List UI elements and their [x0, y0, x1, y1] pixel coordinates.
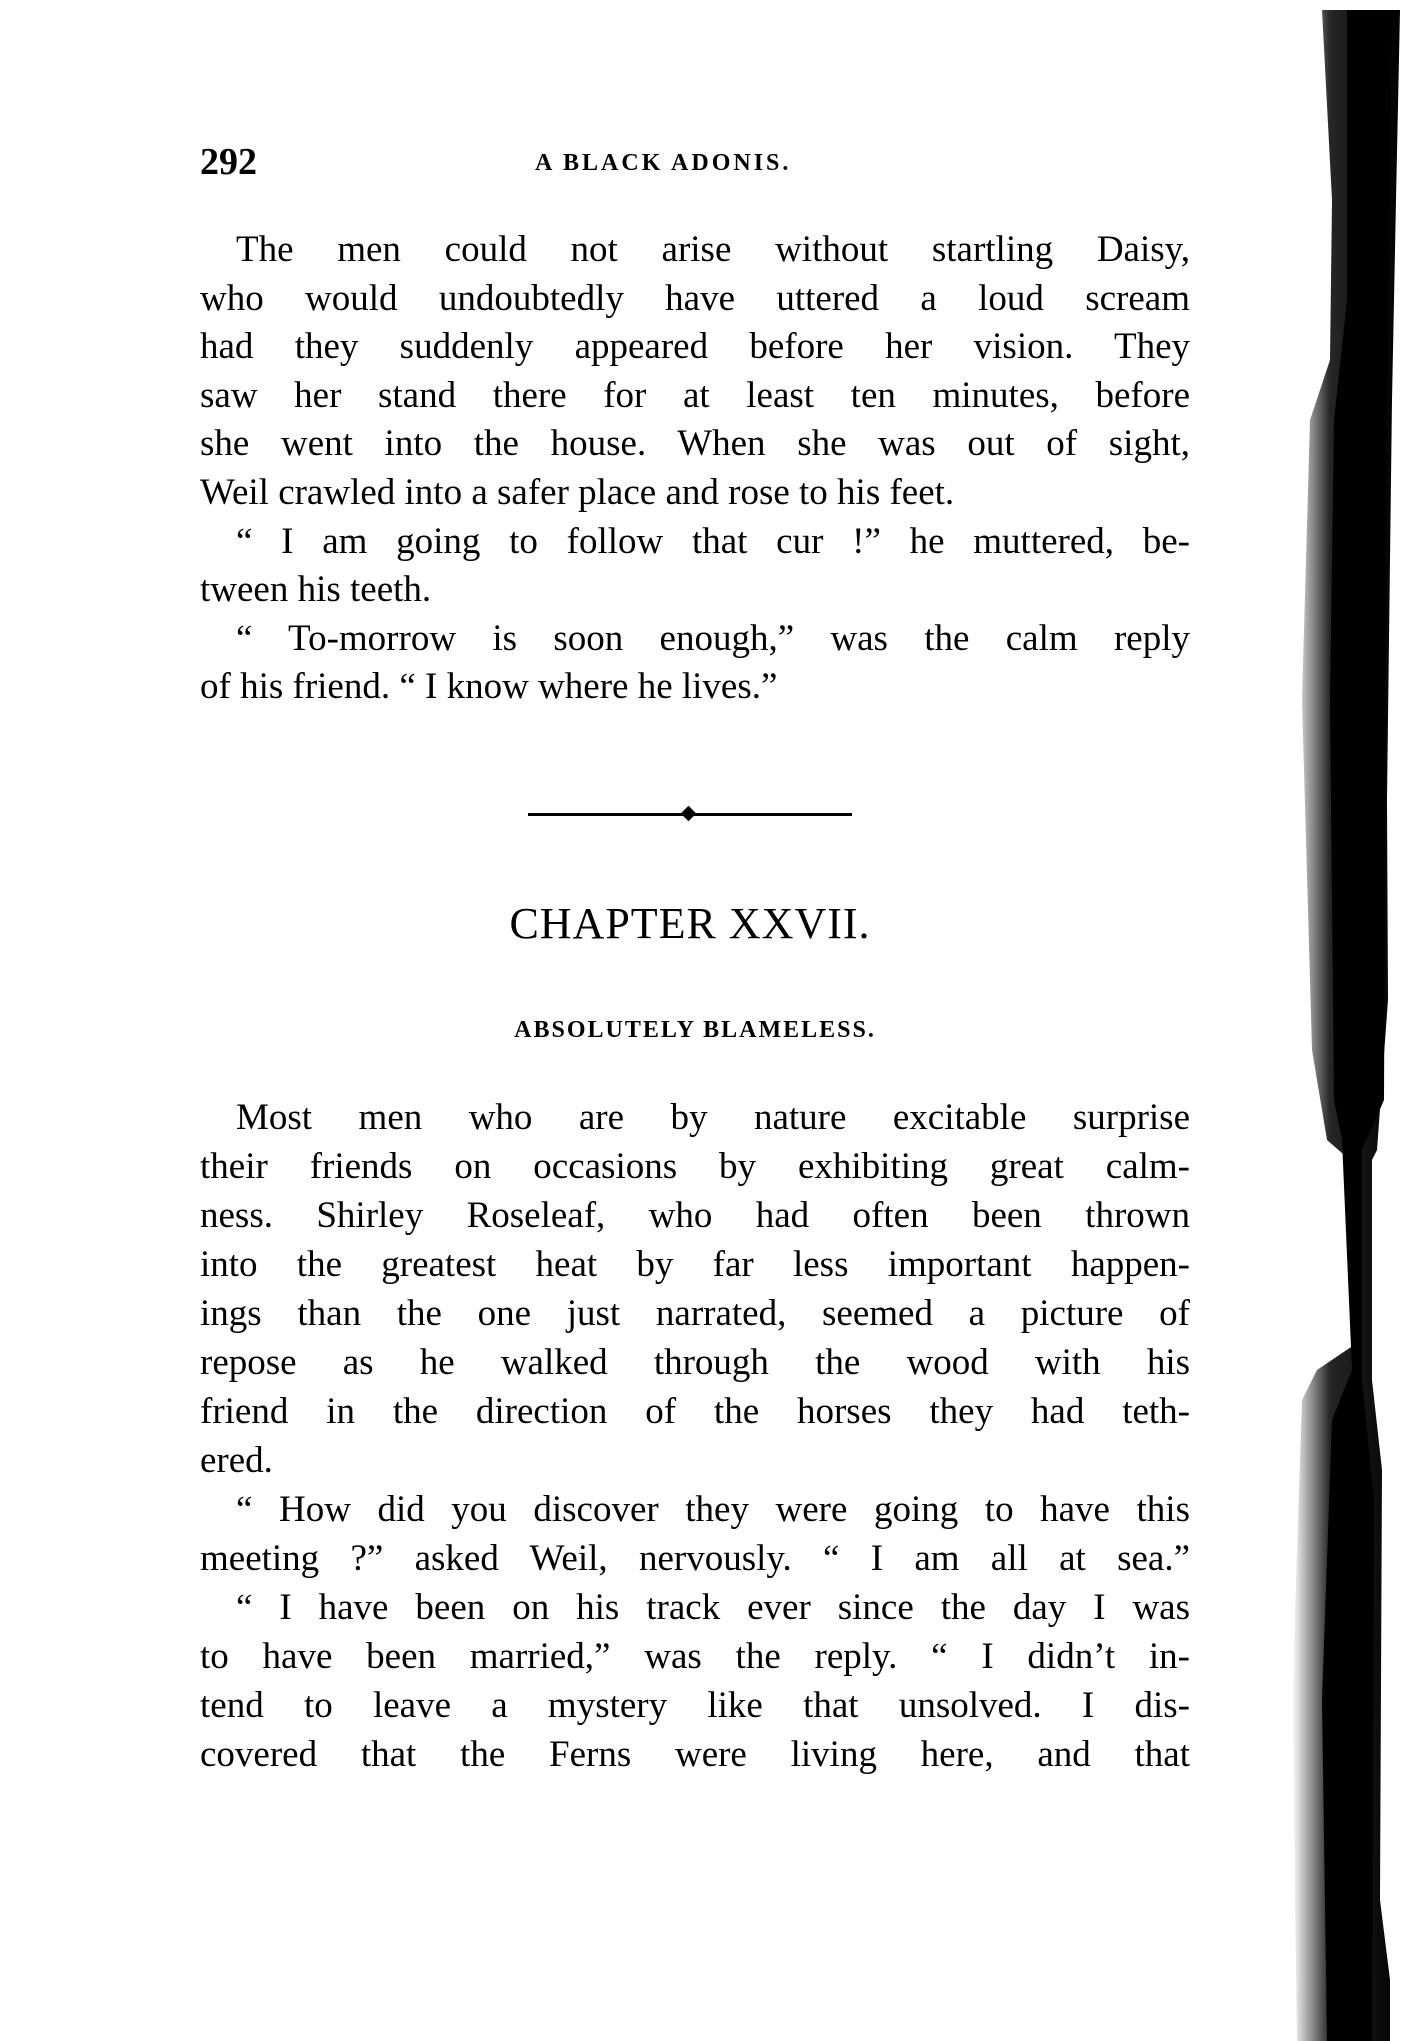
text-line: friend in the direction of the horses th…	[200, 1387, 1190, 1436]
text-line: “ I am going to follow that cur !” he mu…	[200, 518, 1190, 567]
text-line: Weil crawled into a safer place and rose…	[200, 469, 1190, 518]
text-line: covered that the Ferns were living here,…	[200, 1730, 1190, 1779]
text-line: she went into the house. When she was ou…	[200, 420, 1190, 469]
binding-gutter-shadow	[1292, 0, 1422, 2041]
text-line: saw her stand there for at least ten min…	[200, 372, 1190, 421]
text-line: repose as he walked through the wood wit…	[200, 1338, 1190, 1387]
book-title: A BLACK ADONIS.	[535, 150, 791, 177]
paragraph-block-2: Most men who are by nature excitable sur…	[200, 1093, 1190, 1779]
text-line: had they suddenly appeared before her vi…	[200, 323, 1190, 372]
text-line: The men could not arise without startlin…	[200, 226, 1190, 275]
chapter-subtitle: ABSOLUTELY BLAMELESS.	[200, 1017, 1190, 1044]
text-line: their friends on occasions by exhibiting…	[200, 1142, 1190, 1191]
text-line: of his friend. “ I know where he lives.”	[200, 663, 1190, 712]
text-line: tend to leave a mystery like that unsolv…	[200, 1681, 1190, 1730]
text-line: to have been married,” was the reply. “ …	[200, 1632, 1190, 1681]
page-number: 292	[200, 140, 257, 184]
text-line: into the greatest heat by far less impor…	[200, 1240, 1190, 1289]
text-line: “ How did you discover they were going t…	[200, 1485, 1190, 1534]
text-line: meeting ?” asked Weil, nervously. “ I am…	[200, 1534, 1190, 1583]
chapter-title: CHAPTER XXVII.	[200, 898, 1190, 949]
text-line: ness. Shirley Roseleaf, who had often be…	[200, 1191, 1190, 1240]
running-head: 292 A BLACK ADONIS.	[200, 140, 1190, 180]
diamond-rule-ornament-icon	[528, 808, 852, 820]
text-line: who would undoubtedly have uttered a lou…	[200, 275, 1190, 324]
text-line: “ To-morrow is soon enough,” was the cal…	[200, 615, 1190, 664]
text-line: Most men who are by nature excitable sur…	[200, 1093, 1190, 1142]
text-line: ered.	[200, 1436, 1190, 1485]
ornament-diamond	[681, 806, 697, 822]
text-line: ings than the one just narrated, seemed …	[200, 1289, 1190, 1338]
text-line: “ I have been on his track ever since th…	[200, 1583, 1190, 1632]
book-page: 292 A BLACK ADONIS. The men could not ar…	[0, 0, 1422, 2041]
paragraph-block-1: The men could not arise without startlin…	[200, 226, 1190, 712]
text-line: tween his teeth.	[200, 566, 1190, 615]
